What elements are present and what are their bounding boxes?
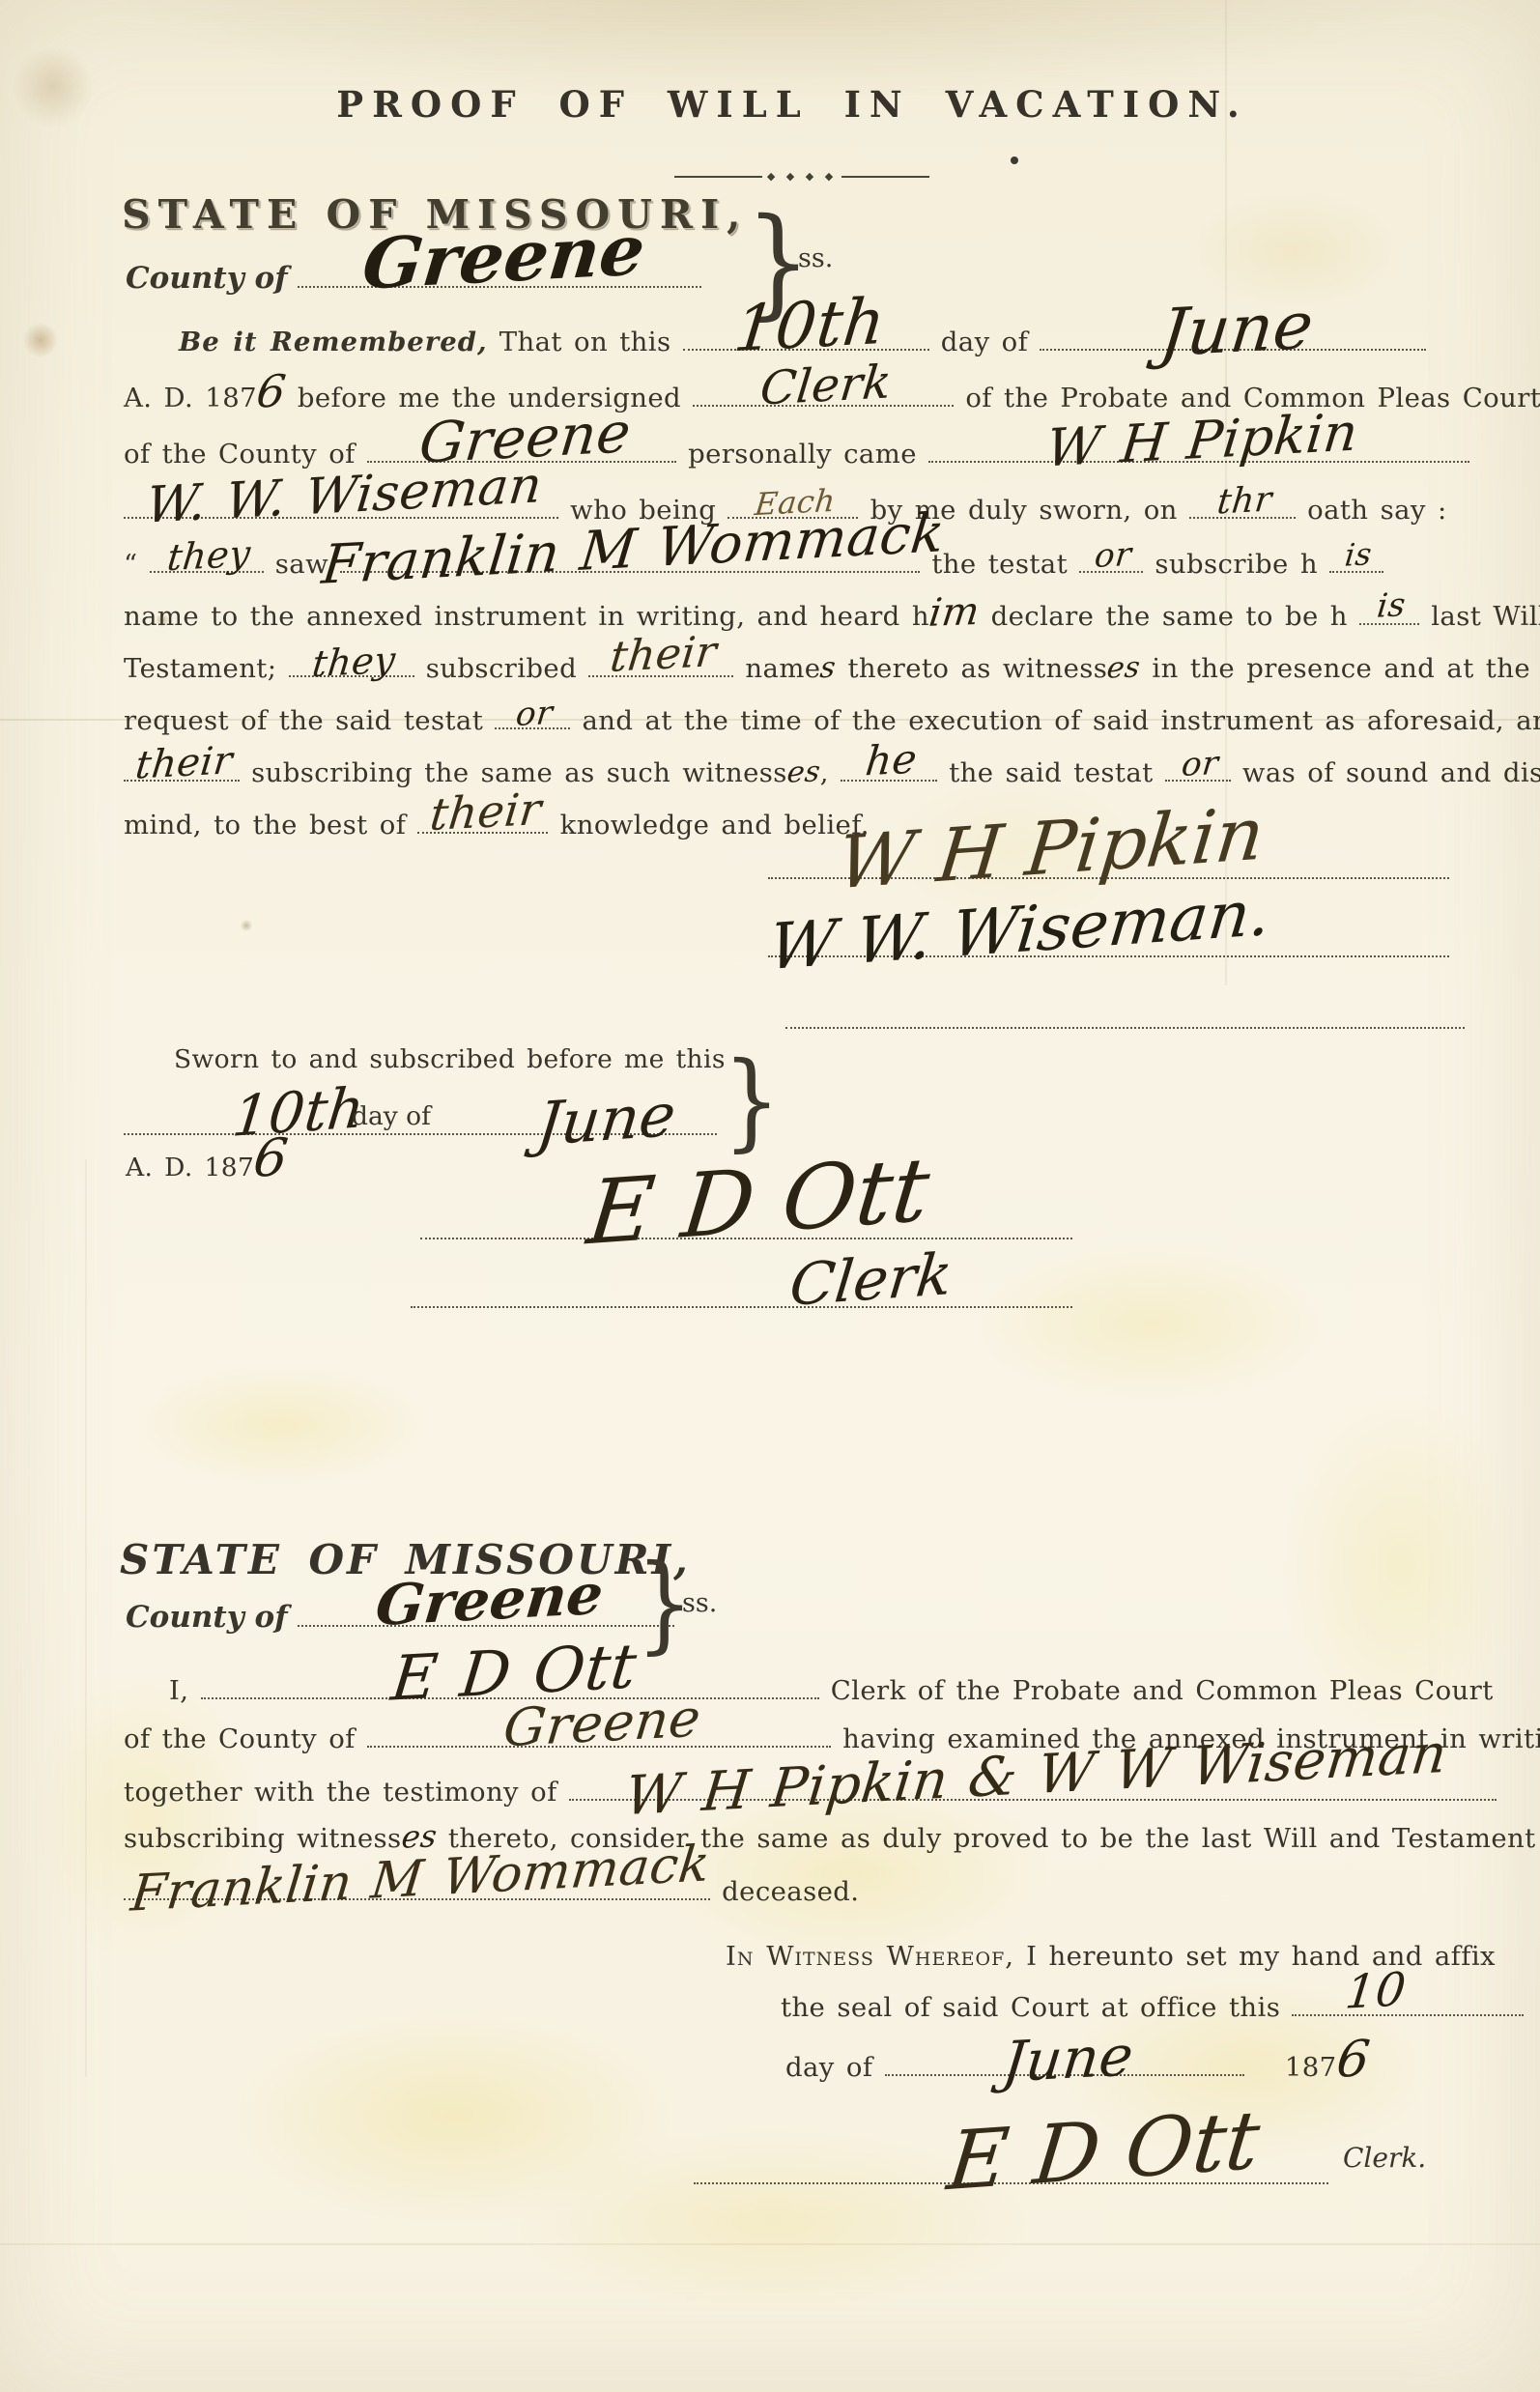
jurat-line-1: Sworn to and subscribed before me this [174, 1044, 726, 1074]
or-blank-field-2: or [495, 718, 570, 729]
month-blank-field-2: June [885, 2065, 1244, 2076]
final-clerk-signature-line: E D Ott [694, 2121, 1328, 2184]
county-row-2: County of Greene [126, 1600, 674, 1635]
printed-text: thereto as witness [847, 653, 1107, 684]
jurat-date-line: 10th day of June [124, 1087, 717, 1135]
their-handwritten-entry-4: their [428, 783, 545, 840]
official-blank-field: Clerk [693, 395, 954, 407]
year-handwritten-entry-2: 6 [1335, 2049, 1370, 2070]
year-handwritten-entry: 6 [256, 382, 287, 400]
he-handwritten-entry: he [864, 735, 920, 785]
day-of-label: day of [352, 1101, 431, 1131]
will-proof-document-page: PROOF OF WILL IN VACATION. ◆ ◆ ◆ ◆ STATE… [0, 0, 1540, 2392]
testator-blank-field: Franklin M Wommack [340, 561, 920, 573]
printed-text: name [745, 653, 820, 684]
or-blank-field: or [1079, 561, 1143, 573]
divider-diamonds-icon: ◆ ◆ ◆ ◆ [762, 170, 841, 183]
document-title: PROOF OF WILL IN VACATION. [0, 83, 1540, 126]
ss-label-2: ss. [682, 1588, 717, 1618]
printed-text: day of [785, 2052, 872, 2083]
printed-text: declare the same to be h [991, 601, 1348, 632]
county-label-2: County of [126, 1600, 288, 1635]
is-handwritten-entry-2: is [1375, 585, 1408, 625]
their-blank-field-4: their [417, 822, 548, 834]
they-blank-field: they [150, 561, 264, 573]
jurat-month-handwritten: June [533, 1079, 679, 1159]
be-it-remembered-label: Be it Remembered, [179, 327, 488, 357]
body-line-8: request of the said testat or and at the… [124, 705, 1540, 736]
or-handwritten-entry-2: or [514, 694, 555, 734]
seal-day-handwritten: 10 [1343, 1962, 1409, 2019]
divider-rule-left [674, 176, 762, 178]
clerk-title-line: Clerk [411, 1260, 1072, 1308]
county-handwritten-entry-3: Greene [373, 1561, 607, 1638]
body-line-1: Be it Remembered, That on this 10th day … [179, 327, 1426, 357]
vertical-fold-crease [85, 1159, 87, 2077]
testator-blank-field-2: Franklin M Wommack [124, 1889, 710, 1900]
day-handwritten-entry: 10th [730, 284, 889, 366]
es-handwritten-entry-3: es [401, 1830, 438, 1843]
printed-text: That on this [499, 327, 671, 357]
printed-text: name to the annexed instrument in writin… [124, 601, 929, 632]
printed-text: Sworn to and subscribed before me this [174, 1044, 726, 1074]
quote-mark: “ [124, 549, 137, 580]
printed-text: the testat [931, 549, 1068, 580]
official-handwritten-entry: Clerk [757, 356, 894, 416]
printed-text: in the presence and at the [1152, 653, 1530, 684]
jurat-year-handwritten: 6 [253, 1147, 290, 1169]
jurat-ad-line: A. D. 1876 [126, 1148, 288, 1182]
cert-line-4: subscribing witnesses thereto, consider … [124, 1823, 1540, 1854]
witness2-signature-line: W W. Wiseman. [768, 907, 1449, 957]
their-handwritten-entry-2: their [608, 627, 719, 682]
printed-text: subscribe h [1155, 549, 1318, 580]
printed-text: I hereunto set my hand and affix [1026, 1941, 1496, 1972]
printed-text: was of sound and disposing [1242, 757, 1540, 788]
ornament-divider: ◆ ◆ ◆ ◆ [674, 170, 929, 183]
ss-label: ss. [798, 243, 833, 273]
printed-text: 187 [1285, 2052, 1337, 2083]
witness1-signature-line: W H Pipkin [768, 829, 1449, 879]
they-blank-field-2: they [289, 666, 414, 677]
their-handwritten-entry-3: their [133, 738, 235, 787]
printed-text: day of [941, 327, 1028, 357]
or-blank-field-3: or [1165, 770, 1231, 782]
or-handwritten-entry: or [1093, 535, 1133, 576]
printed-text: A. D. 187 [124, 383, 257, 413]
divider-rule-right [841, 176, 929, 178]
their-blank-field-3: their [124, 770, 240, 782]
in-witness-whereof-label: In Witness Whereof, [726, 1941, 1014, 1972]
is-blank-field: is [1329, 561, 1383, 573]
county-blank-field-4: Greene [367, 1736, 831, 1748]
body-line-3: of the County of Greene personally came … [124, 439, 1469, 470]
clerk-signature-line: E D Ott [420, 1174, 1072, 1239]
date-line-final: day of June 1876 [785, 2050, 1369, 2083]
seal-line: the seal of said Court at office this 10 [781, 1992, 1524, 2023]
signature-clerk-ott-final: E D Ott [943, 2093, 1264, 2208]
or-handwritten-entry-3: or [1180, 744, 1220, 784]
printed-text: subscribing witness [124, 1823, 402, 1854]
cert-line-1: I, E D Ott Clerk of the Probate and Comm… [169, 1675, 1494, 1706]
printed-text: request of the said testat [124, 705, 483, 736]
empty-signature-line [785, 979, 1465, 1029]
printed-text: personally came [688, 439, 917, 470]
clerk-printed-label: Clerk. [1343, 2142, 1426, 2174]
printed-text: together with the testimony of [124, 1777, 557, 1808]
body-line-7: Testament; they subscribed their names t… [124, 653, 1530, 684]
printed-text: the said testat [949, 757, 1153, 788]
county-handwritten-entry-4: Greene [500, 1688, 703, 1758]
they-handwritten-entry: they [165, 532, 253, 579]
es-handwritten-entry: es [1106, 662, 1141, 674]
is-blank-field-2: is [1359, 613, 1419, 625]
county-label: County of [126, 261, 288, 296]
they-handwritten-entry-2: they [310, 639, 398, 685]
their-blank-field-2: their [588, 666, 733, 677]
jurat-brace-glyph: } [723, 1039, 781, 1162]
county-blank-field: Greene [298, 276, 701, 288]
month-handwritten-entry: June [1156, 288, 1317, 372]
witness1-blank-field: W H Pipkin [928, 451, 1469, 463]
seal-day-blank-field: 10 [1292, 2005, 1524, 2016]
printed-text: A. D. 187 [126, 1153, 254, 1182]
day-blank-field: 10th [683, 339, 929, 351]
county-row: County of Greene [126, 261, 701, 296]
printed-text: subscribed [426, 653, 577, 684]
clerk-handwritten-title: Clerk [786, 1240, 955, 1319]
cert-line-5: Franklin M Wommack deceased. [124, 1876, 859, 1907]
month-blank-field: June [1040, 339, 1426, 351]
month-handwritten-entry-2: June [999, 2023, 1136, 2095]
printed-text: deceased. [722, 1876, 859, 1907]
witness2-blank-field: W. W. Wiseman [124, 507, 558, 519]
printed-text: oath say : [1307, 495, 1447, 526]
body-line-6: name to the annexed instrument in writin… [124, 601, 1540, 632]
he-blank-field: he [841, 770, 937, 782]
printed-text: last Will and [1431, 601, 1540, 632]
body-line-9: their subscribing the same as such witne… [124, 757, 1540, 788]
printed-text: of the County of [124, 1723, 356, 1754]
body-line-5: “ they saw Franklin M Wommack the testat… [124, 549, 1383, 580]
jurat-day-handwritten: 10th [229, 1074, 367, 1149]
es-handwritten-entry-2: es [786, 766, 821, 779]
printed-text: the seal of said Court at office this [781, 1992, 1280, 2023]
body-line-10: mind, to the best of their knowledge and… [124, 810, 870, 840]
printed-text: and at the time of the execution of said… [582, 705, 1540, 736]
their-handwritten-entry: thr [1215, 480, 1274, 523]
horizontal-fold-crease [0, 2243, 1540, 2245]
printed-text: Testament; [124, 653, 276, 684]
is-handwritten-entry: is [1343, 535, 1374, 573]
im-handwritten-entry: im [928, 604, 981, 621]
s-handwritten-entry: s [820, 663, 837, 675]
their-blank-field: thr [1189, 507, 1296, 519]
county-handwritten-entry: Greene [359, 209, 649, 305]
county-blank-field-3: Greene [298, 1615, 674, 1627]
witnesses-blank-field: W H Pipkin & W W Wiseman [569, 1789, 1497, 1801]
printed-text: of the County of [124, 439, 356, 470]
cert-line-3: together with the testimony of W H Pipki… [124, 1777, 1497, 1808]
stray-ink-dot [1011, 157, 1018, 164]
printed-text: I, [169, 1675, 188, 1706]
printed-text: mind, to the best of [124, 810, 406, 840]
printed-text: Clerk of the Probate and Common Pleas Co… [831, 1675, 1494, 1706]
